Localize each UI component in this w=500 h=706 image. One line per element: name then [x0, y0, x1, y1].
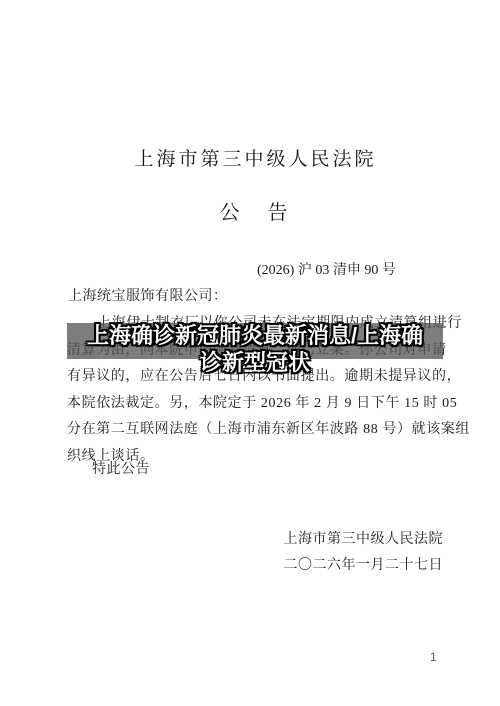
case-number: (2026) 沪 03 清申 90 号 — [257, 259, 396, 279]
signature-court: 上海市第三中级人民法院 — [284, 528, 444, 548]
body-line-6: 织线上谈话。 — [67, 445, 447, 472]
watermark-line-2: 诊新型冠状 — [67, 349, 443, 376]
page-number: 1 — [430, 650, 437, 664]
document-page: 上海市第三中级人民法院 公 告 (2026) 沪 03 清申 90 号 上海统宝… — [0, 0, 500, 706]
watermark-overlay-text: 上海确诊新冠肺炎最新消息/上海确 诊新型冠状 — [67, 322, 443, 376]
announcement-heading: 公 告 — [67, 196, 444, 225]
body-line-4: 本院依法裁定。另，本院定于 2026 年 2 月 9 日下午 15 时 05 — [67, 392, 447, 419]
signature-date: 二〇二六年一月二十七日 — [284, 554, 444, 574]
recipient-line: 上海统宝服饰有限公司： — [68, 285, 228, 305]
watermark-line-1: 上海确诊新冠肺炎最新消息/上海确 — [67, 322, 443, 349]
body-line-5: 分在第二互联网法庭（上海市浦东新区年波路 88 号）就该案组 — [67, 418, 447, 445]
court-title: 上海市第三中级人民法院 — [67, 144, 444, 171]
